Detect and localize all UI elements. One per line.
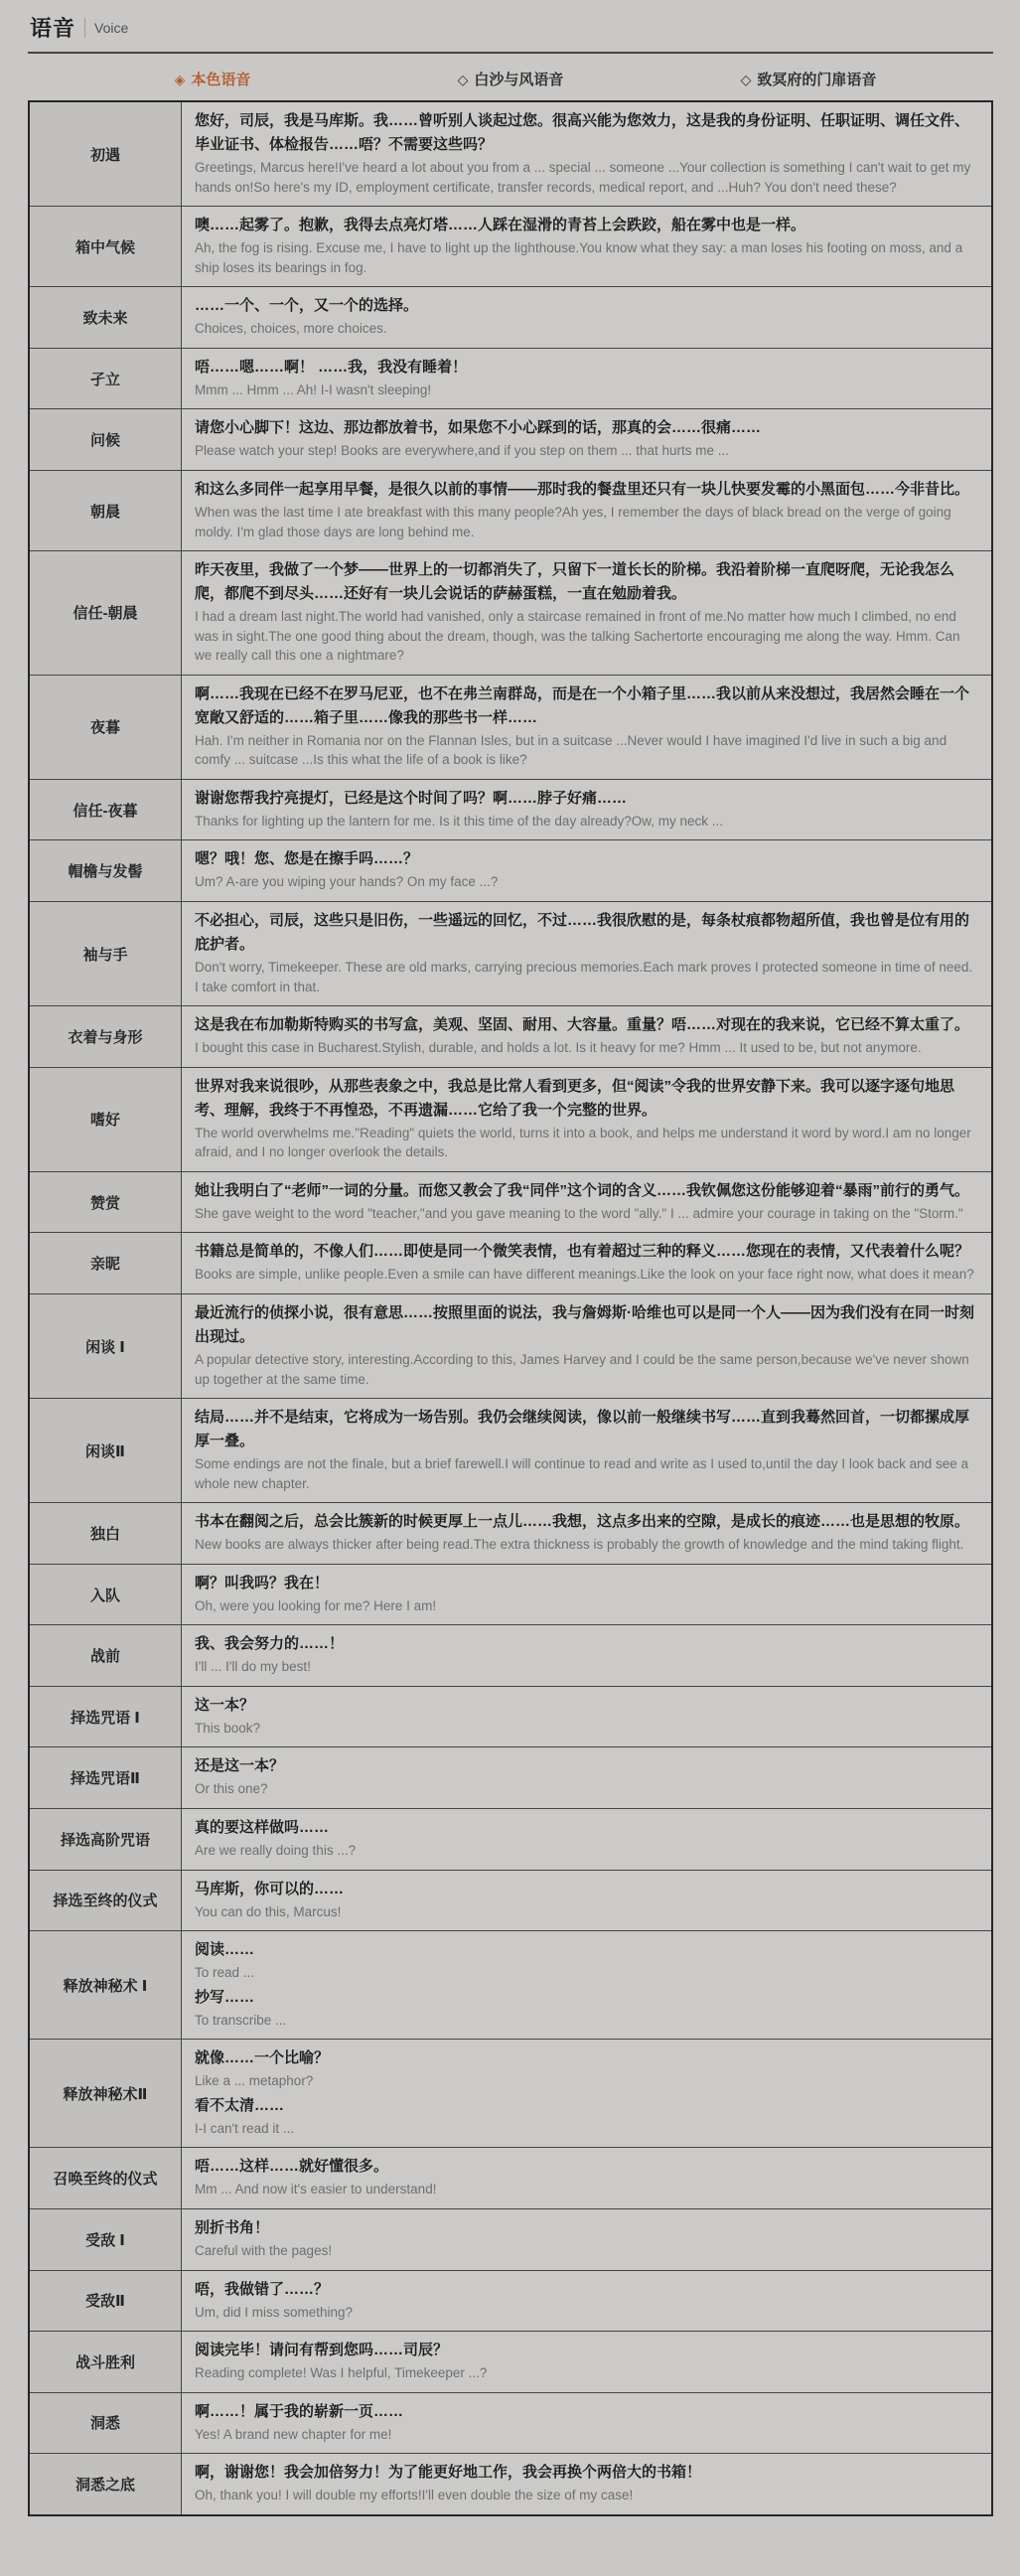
voice-row-label: 受敌 Ⅰ bbox=[29, 2208, 182, 2270]
table-row: 信任-夜暮 谢谢您帮我拧亮提灯，已经是这个时间了吗？啊……脖子好痛……Thank… bbox=[29, 779, 992, 840]
voice-line-cn: 不必担心，司辰，这些只是旧伤，一些遥远的回忆，不过……我很欣慰的是，每条杖痕都物… bbox=[195, 909, 978, 957]
voice-line-en: Don't worry, Timekeeper. These are old m… bbox=[195, 958, 978, 996]
tab-whitesand-wind-voice[interactable]: ◇白沙与风语音 bbox=[362, 56, 659, 100]
voice-line-cn: 和这么多同伴一起享用早餐，是很久以前的事情——那时我的餐盘里还只有一块儿快要发霉… bbox=[195, 478, 978, 502]
voice-row-label: 召唤至终的仪式 bbox=[29, 2148, 182, 2209]
voice-line-cn: 抄写…… bbox=[195, 1986, 978, 2010]
voice-line-cn: 唔，我做错了……？ bbox=[195, 2278, 978, 2302]
voice-line-cn: 阅读…… bbox=[195, 1938, 978, 1962]
voice-row-content: 和这么多同伴一起享用早餐，是很久以前的事情——那时我的餐盘里还只有一块儿快要发霉… bbox=[182, 470, 993, 550]
voice-row-label: 释放神秘术 Ⅰ bbox=[29, 1931, 182, 2040]
tab-original-voice[interactable]: ◈本色语音 bbox=[64, 56, 362, 100]
voice-row-label: 信任-朝晨 bbox=[29, 551, 182, 676]
table-row: 洞悉之底 啊，谢谢您！我会加倍努力！为了能更好地工作，我会再换个两倍大的书箱！O… bbox=[29, 2454, 992, 2515]
voice-line-en: Oh, thank you! I will double my efforts!… bbox=[195, 2486, 978, 2505]
table-row: 夜暮 啊……我现在已经不在罗马尼亚，也不在弗兰南群岛，而是在一个小箱子里……我以… bbox=[29, 675, 992, 779]
voice-row-label: 帽檐与发髻 bbox=[29, 840, 182, 902]
voice-line-en: Mm ... And now it's easier to understand… bbox=[195, 2180, 978, 2199]
voice-row-label: 择选高阶咒语 bbox=[29, 1809, 182, 1871]
table-row: 信任-朝晨 昨天夜里，我做了一个梦——世界上的一切都消失了，只留下一道长长的阶梯… bbox=[29, 551, 992, 676]
voice-row-label: 袖与手 bbox=[29, 902, 182, 1006]
voice-line-cn: 啊，谢谢您！我会加倍努力！为了能更好地工作，我会再换个两倍大的书箱！ bbox=[195, 2461, 978, 2485]
voice-tabs: ◈本色语音 ◇白沙与风语音 ◇致冥府的门扉语音 bbox=[64, 56, 957, 100]
voice-line-en: Books are simple, unlike people.Even a s… bbox=[195, 1265, 978, 1285]
voice-line-en: When was the last time I ate breakfast w… bbox=[195, 503, 978, 541]
table-row: 释放神秘术Ⅱ 就像……一个比喻？Like a ... metaphor?看不太清… bbox=[29, 2040, 992, 2148]
voice-row-label: 夜暮 bbox=[29, 675, 182, 779]
voice-row-content: 书本在翻阅之后，总会比簇新的时候更厚上一点儿……我想，这点多出来的空隙，是成长的… bbox=[182, 1503, 993, 1565]
voice-row-label: 入队 bbox=[29, 1564, 182, 1625]
table-row: 洞悉 啊……！属于我的崭新一页……Yes! A brand new chapte… bbox=[29, 2392, 992, 2454]
voice-line-cn: 我、我会努力的……！ bbox=[195, 1632, 978, 1656]
voice-row-label: 信任-夜暮 bbox=[29, 779, 182, 840]
table-row: 召唤至终的仪式 唔……这样……就好懂很多。Mm ... And now it's… bbox=[29, 2148, 992, 2209]
voice-row-content: 请您小心脚下！这边、那边都放着书，如果您不小心踩到的话，那真的会……很痛……Pl… bbox=[182, 409, 993, 471]
voice-line-cn: 您好，司辰，我是马库斯。我……曾听别人谈起过您。很高兴能为您效力，这是我的身份证… bbox=[195, 109, 978, 157]
voice-table-body: 初遇 您好，司辰，我是马库斯。我……曾听别人谈起过您。很高兴能为您效力，这是我的… bbox=[29, 101, 992, 2515]
voice-row-content: 昨天夜里，我做了一个梦——世界上的一切都消失了，只留下一道长长的阶梯。我沿着阶梯… bbox=[182, 551, 993, 676]
table-row: 战前 我、我会努力的……！I'll ... I'll do my best! bbox=[29, 1625, 992, 1687]
voice-row-content: 唔，我做错了……？Um, did I miss something? bbox=[182, 2270, 993, 2332]
table-row: 亲昵 书籍总是简单的，不像人们……即使是同一个微笑表情，也有着超过三种的释义……… bbox=[29, 1233, 992, 1294]
table-row: 择选高阶咒语 真的要这样做吗……Are we really doing this… bbox=[29, 1809, 992, 1871]
voice-row-label: 箱中气候 bbox=[29, 207, 182, 287]
voice-row-content: 嗯？哦！您、您是在擦手吗……？Um? A-are you wiping your… bbox=[182, 840, 993, 902]
voice-row-label: 孑立 bbox=[29, 348, 182, 409]
table-row: 受敌Ⅱ 唔，我做错了……？Um, did I miss something? bbox=[29, 2270, 992, 2332]
voice-line-cn: 嗯？哦！您、您是在擦手吗……？ bbox=[195, 847, 978, 871]
tab-label: 本色语音 bbox=[191, 72, 250, 88]
voice-line-cn: 别折书角！ bbox=[195, 2216, 978, 2240]
voice-line-en: To read ... bbox=[195, 1963, 978, 1983]
voice-row-content: 不必担心，司辰，这些只是旧伤，一些遥远的回忆，不过……我很欣慰的是，每条杖痕都物… bbox=[182, 902, 993, 1006]
tab-label: 白沙与风语音 bbox=[474, 72, 563, 88]
voice-line-cn: 看不太清…… bbox=[195, 2094, 978, 2118]
voice-line-cn: 唔……嗯……啊！ ……我，我没有睡着！ bbox=[195, 356, 978, 379]
voice-line-en: Choices, choices, more choices. bbox=[195, 319, 978, 339]
voice-line-cn: 最近流行的侦探小说，很有意思……按照里面的说法，我与詹姆斯·哈维也可以是同一个人… bbox=[195, 1301, 978, 1349]
voice-row-label: 洞悉 bbox=[29, 2392, 182, 2454]
voice-line-en: I'll ... I'll do my best! bbox=[195, 1657, 978, 1677]
table-row: 战斗胜利 阅读完毕！请问有帮到您吗……司辰？Reading complete! … bbox=[29, 2332, 992, 2393]
voice-row-content: 噢……起雾了。抱歉，我得去点亮灯塔……人踩在湿滑的青苔上会跌跤，船在雾中也是一样… bbox=[182, 207, 993, 287]
voice-line-cn: 啊……我现在已经不在罗马尼亚，也不在弗兰南群岛，而是在一个小箱子里……我以前从来… bbox=[195, 682, 978, 730]
voice-row-content: 啊……我现在已经不在罗马尼亚，也不在弗兰南群岛，而是在一个小箱子里……我以前从来… bbox=[182, 675, 993, 779]
voice-line-en: Yes! A brand new chapter for me! bbox=[195, 2425, 978, 2445]
table-row: 嗜好 世界对我来说很吵，从那些表象之中，我总是比常人看到更多，但“阅读”令我的世… bbox=[29, 1067, 992, 1171]
table-row: 衣着与身形 这是我在布加勒斯特购买的书写盒，美观、坚固、耐用、大容量。重量？唔…… bbox=[29, 1006, 992, 1068]
selected-diamond-icon: ◈ bbox=[175, 72, 186, 87]
voice-row-content: 就像……一个比喻？Like a ... metaphor?看不太清……I-I c… bbox=[182, 2040, 993, 2148]
voice-row-content: 谢谢您帮我拧亮提灯，已经是这个时间了吗？啊……脖子好痛……Thanks for … bbox=[182, 779, 993, 840]
voice-line-en: Are we really doing this ...? bbox=[195, 1841, 978, 1861]
table-row: 袖与手 不必担心，司辰，这些只是旧伤，一些遥远的回忆，不过……我很欣慰的是，每条… bbox=[29, 902, 992, 1006]
voice-row-content: 最近流行的侦探小说，很有意思……按照里面的说法，我与詹姆斯·哈维也可以是同一个人… bbox=[182, 1293, 993, 1398]
voice-row-label: 致未来 bbox=[29, 287, 182, 349]
voice-line-en: Careful with the pages! bbox=[195, 2241, 978, 2261]
voice-line-cn: 书籍总是简单的，不像人们……即使是同一个微笑表情，也有着超过三种的释义……您现在… bbox=[195, 1240, 978, 1264]
voice-row-label: 战斗胜利 bbox=[29, 2332, 182, 2393]
voice-line-en: This book? bbox=[195, 1719, 978, 1739]
page-title-cn: 语音 bbox=[30, 12, 75, 43]
table-row: 释放神秘术 Ⅰ 阅读……To read ...抄写……To transcribe… bbox=[29, 1931, 992, 2040]
voice-line-cn: ……一个、一个，又一个的选择。 bbox=[195, 294, 978, 318]
voice-row-content: 啊……！属于我的崭新一页……Yes! A brand new chapter f… bbox=[182, 2392, 993, 2454]
voice-row-content: 她让我明白了“老师”一词的分量。而您又教会了我“同伴”这个词的含义……我钦佩您这… bbox=[182, 1171, 993, 1233]
voice-row-content: 书籍总是简单的，不像人们……即使是同一个微笑表情，也有着超过三种的释义……您现在… bbox=[182, 1233, 993, 1294]
voice-line-en: Hah. I'm neither in Romania nor on the F… bbox=[195, 731, 978, 770]
voice-line-cn: 真的要这样做吗…… bbox=[195, 1816, 978, 1840]
voice-line-cn: 这一本？ bbox=[195, 1694, 978, 1718]
voice-row-content: 您好，司辰，我是马库斯。我……曾听别人谈起过您。很高兴能为您效力，这是我的身份证… bbox=[182, 101, 993, 207]
voice-line-en: Greetings, Marcus here!I've heard a lot … bbox=[195, 158, 978, 197]
voice-row-content: 这是我在布加勒斯特购买的书写盒，美观、坚固、耐用、大容量。重量？唔……对现在的我… bbox=[182, 1006, 993, 1068]
voice-line-en: Mmm ... Hmm ... Ah! I-I wasn't sleeping! bbox=[195, 380, 978, 400]
voice-line-cn: 噢……起雾了。抱歉，我得去点亮灯塔……人踩在湿滑的青苔上会跌跤，船在雾中也是一样… bbox=[195, 214, 978, 237]
voice-line-cn: 就像……一个比喻？ bbox=[195, 2046, 978, 2070]
voice-row-label: 释放神秘术Ⅱ bbox=[29, 2040, 182, 2148]
table-row: 闲谈Ⅱ 结局……并不是结束，它将成为一场告别。我仍会继续阅读，像以前一般继续书写… bbox=[29, 1399, 992, 1503]
voice-line-en: Oh, were you looking for me? Here I am! bbox=[195, 1596, 978, 1616]
voice-line-en: Um, did I miss something? bbox=[195, 2303, 978, 2323]
table-row: 入队 啊？叫我吗？我在！Oh, were you looking for me?… bbox=[29, 1564, 992, 1625]
voice-line-cn: 谢谢您帮我拧亮提灯，已经是这个时间了吗？啊……脖子好痛…… bbox=[195, 787, 978, 811]
voice-line-en: She gave weight to the word "teacher,"an… bbox=[195, 1204, 978, 1224]
voice-row-content: 别折书角！Careful with the pages! bbox=[182, 2208, 993, 2270]
voice-line-en: Or this one? bbox=[195, 1779, 978, 1799]
voice-line-cn: 请您小心脚下！这边、那边都放着书，如果您不小心踩到的话，那真的会……很痛…… bbox=[195, 416, 978, 440]
voice-row-label: 洞悉之底 bbox=[29, 2454, 182, 2515]
voice-row-content: 啊，谢谢您！我会加倍努力！为了能更好地工作，我会再换个两倍大的书箱！Oh, th… bbox=[182, 2454, 993, 2515]
page-title-en: Voice bbox=[94, 20, 128, 36]
voice-row-content: 啊？叫我吗？我在！Oh, were you looking for me? He… bbox=[182, 1564, 993, 1625]
voice-row-label: 初遇 bbox=[29, 101, 182, 207]
voice-line-en: To transcribe ... bbox=[195, 2011, 978, 2031]
table-row: 箱中气候 噢……起雾了。抱歉，我得去点亮灯塔……人踩在湿滑的青苔上会跌跤，船在雾… bbox=[29, 207, 992, 287]
voice-line-table: 初遇 您好，司辰，我是马库斯。我……曾听别人谈起过您。很高兴能为您效力，这是我的… bbox=[28, 100, 993, 2516]
voice-line-en: You can do this, Marcus! bbox=[195, 1902, 978, 1922]
voice-row-label: 亲昵 bbox=[29, 1233, 182, 1294]
voice-row-label: 择选至终的仪式 bbox=[29, 1870, 182, 1931]
voice-line-en: I bought this case in Bucharest.Stylish,… bbox=[195, 1038, 978, 1058]
voice-row-content: 结局……并不是结束，它将成为一场告别。我仍会继续阅读，像以前一般继续书写……直到… bbox=[182, 1399, 993, 1503]
table-row: 帽檐与发髻 嗯？哦！您、您是在擦手吗……？Um? A-are you wipin… bbox=[29, 840, 992, 902]
voice-line-en: Like a ... metaphor? bbox=[195, 2071, 978, 2091]
table-row: 初遇 您好，司辰，我是马库斯。我……曾听别人谈起过您。很高兴能为您效力，这是我的… bbox=[29, 101, 992, 207]
voice-row-label: 衣着与身形 bbox=[29, 1006, 182, 1068]
voice-line-en: Reading complete! Was I helpful, Timekee… bbox=[195, 2363, 978, 2383]
table-row: 孑立 唔……嗯……啊！ ……我，我没有睡着！Mmm ... Hmm ... Ah… bbox=[29, 348, 992, 409]
voice-line-en: Some endings are not the finale, but a b… bbox=[195, 1454, 978, 1493]
voice-line-en: New books are always thicker after being… bbox=[195, 1535, 978, 1555]
voice-row-content: 阅读……To read ...抄写……To transcribe ... bbox=[182, 1931, 993, 2040]
table-row: 赞赏 她让我明白了“老师”一词的分量。而您又教会了我“同伴”这个词的含义……我钦… bbox=[29, 1171, 992, 1233]
voice-row-label: 朝晨 bbox=[29, 470, 182, 550]
tab-gate-of-hades-voice[interactable]: ◇致冥府的门扉语音 bbox=[659, 56, 957, 100]
voice-row-label: 择选咒语 Ⅰ bbox=[29, 1686, 182, 1747]
voice-line-en: The world overwhelms me."Reading" quiets… bbox=[195, 1124, 978, 1162]
voice-row-content: 世界对我来说很吵，从那些表象之中，我总是比常人看到更多，但“阅读”令我的世界安静… bbox=[182, 1067, 993, 1171]
voice-row-content: 唔……嗯……啊！ ……我，我没有睡着！Mmm ... Hmm ... Ah! I… bbox=[182, 348, 993, 409]
voice-line-cn: 书本在翻阅之后，总会比簇新的时候更厚上一点儿……我想，这点多出来的空隙，是成长的… bbox=[195, 1510, 978, 1534]
voice-line-en: I-I can't read it ... bbox=[195, 2119, 978, 2139]
voice-row-label: 择选咒语Ⅱ bbox=[29, 1747, 182, 1809]
voice-row-label: 问候 bbox=[29, 409, 182, 471]
voice-row-content: 马库斯，你可以的……You can do this, Marcus! bbox=[182, 1870, 993, 1931]
table-row: 择选至终的仪式 马库斯，你可以的……You can do this, Marcu… bbox=[29, 1870, 992, 1931]
voice-line-cn: 唔……这样……就好懂很多。 bbox=[195, 2155, 978, 2179]
voice-row-content: 唔……这样……就好懂很多。Mm ... And now it's easier … bbox=[182, 2148, 993, 2209]
voice-row-content: 还是这一本？Or this one? bbox=[182, 1747, 993, 1809]
voice-line-en: Ah, the fog is rising. Excuse me, I have… bbox=[195, 238, 978, 277]
table-row: 独白 书本在翻阅之后，总会比簇新的时候更厚上一点儿……我想，这点多出来的空隙，是… bbox=[29, 1503, 992, 1565]
voice-row-label: 独白 bbox=[29, 1503, 182, 1565]
table-row: 受敌 Ⅰ 别折书角！Careful with the pages! bbox=[29, 2208, 992, 2270]
voice-line-en: Thanks for lighting up the lantern for m… bbox=[195, 812, 978, 832]
voice-row-label: 赞赏 bbox=[29, 1171, 182, 1233]
voice-line-en: A popular detective story, interesting.A… bbox=[195, 1350, 978, 1389]
voice-line-cn: 世界对我来说很吵，从那些表象之中，我总是比常人看到更多，但“阅读”令我的世界安静… bbox=[195, 1075, 978, 1123]
voice-row-label: 战前 bbox=[29, 1625, 182, 1687]
voice-line-cn: 啊……！属于我的崭新一页…… bbox=[195, 2400, 978, 2424]
voice-page: 语音 Voice ◈本色语音 ◇白沙与风语音 ◇致冥府的门扉语音 初遇 您好，司… bbox=[0, 0, 1020, 2576]
voice-line-cn: 啊？叫我吗？我在！ bbox=[195, 1572, 978, 1595]
voice-row-label: 闲谈 Ⅰ bbox=[29, 1293, 182, 1398]
voice-line-cn: 这是我在布加勒斯特购买的书写盒，美观、坚固、耐用、大容量。重量？唔……对现在的我… bbox=[195, 1013, 978, 1037]
table-row: 问候 请您小心脚下！这边、那边都放着书，如果您不小心踩到的话，那真的会……很痛…… bbox=[29, 409, 992, 471]
voice-row-label: 嗜好 bbox=[29, 1067, 182, 1171]
voice-row-content: ……一个、一个，又一个的选择。Choices, choices, more ch… bbox=[182, 287, 993, 349]
table-row: 择选咒语Ⅱ 还是这一本？Or this one? bbox=[29, 1747, 992, 1809]
voice-line-cn: 她让我明白了“老师”一词的分量。而您又教会了我“同伴”这个词的含义……我钦佩您这… bbox=[195, 1179, 978, 1203]
tab-label: 致冥府的门扉语音 bbox=[757, 72, 876, 88]
title-divider bbox=[84, 18, 85, 38]
voice-line-cn: 阅读完毕！请问有帮到您吗……司辰？ bbox=[195, 2339, 978, 2362]
header-rule bbox=[28, 52, 993, 54]
footer-spacer bbox=[28, 2516, 993, 2576]
table-row: 致未来 ……一个、一个，又一个的选择。Choices, choices, mor… bbox=[29, 287, 992, 349]
voice-line-cn: 结局……并不是结束，它将成为一场告别。我仍会继续阅读，像以前一般继续书写……直到… bbox=[195, 1406, 978, 1453]
table-row: 朝晨 和这么多同伴一起享用早餐，是很久以前的事情——那时我的餐盘里还只有一块儿快… bbox=[29, 470, 992, 550]
diamond-icon: ◇ bbox=[458, 72, 469, 87]
voice-line-cn: 马库斯，你可以的…… bbox=[195, 1878, 978, 1901]
table-row: 择选咒语 Ⅰ 这一本？This book? bbox=[29, 1686, 992, 1747]
voice-row-content: 我、我会努力的……！I'll ... I'll do my best! bbox=[182, 1625, 993, 1687]
section-header: 语音 Voice bbox=[28, 6, 993, 52]
voice-line-cn: 还是这一本？ bbox=[195, 1754, 978, 1778]
voice-line-cn: 昨天夜里，我做了一个梦——世界上的一切都消失了，只留下一道长长的阶梯。我沿着阶梯… bbox=[195, 558, 978, 606]
voice-line-en: Please watch your step! Books are everyw… bbox=[195, 441, 978, 461]
voice-row-label: 闲谈Ⅱ bbox=[29, 1399, 182, 1503]
table-row: 闲谈 Ⅰ 最近流行的侦探小说，很有意思……按照里面的说法，我与詹姆斯·哈维也可以… bbox=[29, 1293, 992, 1398]
diamond-icon: ◇ bbox=[741, 72, 752, 87]
voice-line-en: Um? A-are you wiping your hands? On my f… bbox=[195, 872, 978, 892]
voice-row-content: 阅读完毕！请问有帮到您吗……司辰？Reading complete! Was I… bbox=[182, 2332, 993, 2393]
voice-row-content: 这一本？This book? bbox=[182, 1686, 993, 1747]
voice-row-content: 真的要这样做吗……Are we really doing this ...? bbox=[182, 1809, 993, 1871]
voice-row-label: 受敌Ⅱ bbox=[29, 2270, 182, 2332]
voice-line-en: I had a dream last night.The world had v… bbox=[195, 607, 978, 666]
